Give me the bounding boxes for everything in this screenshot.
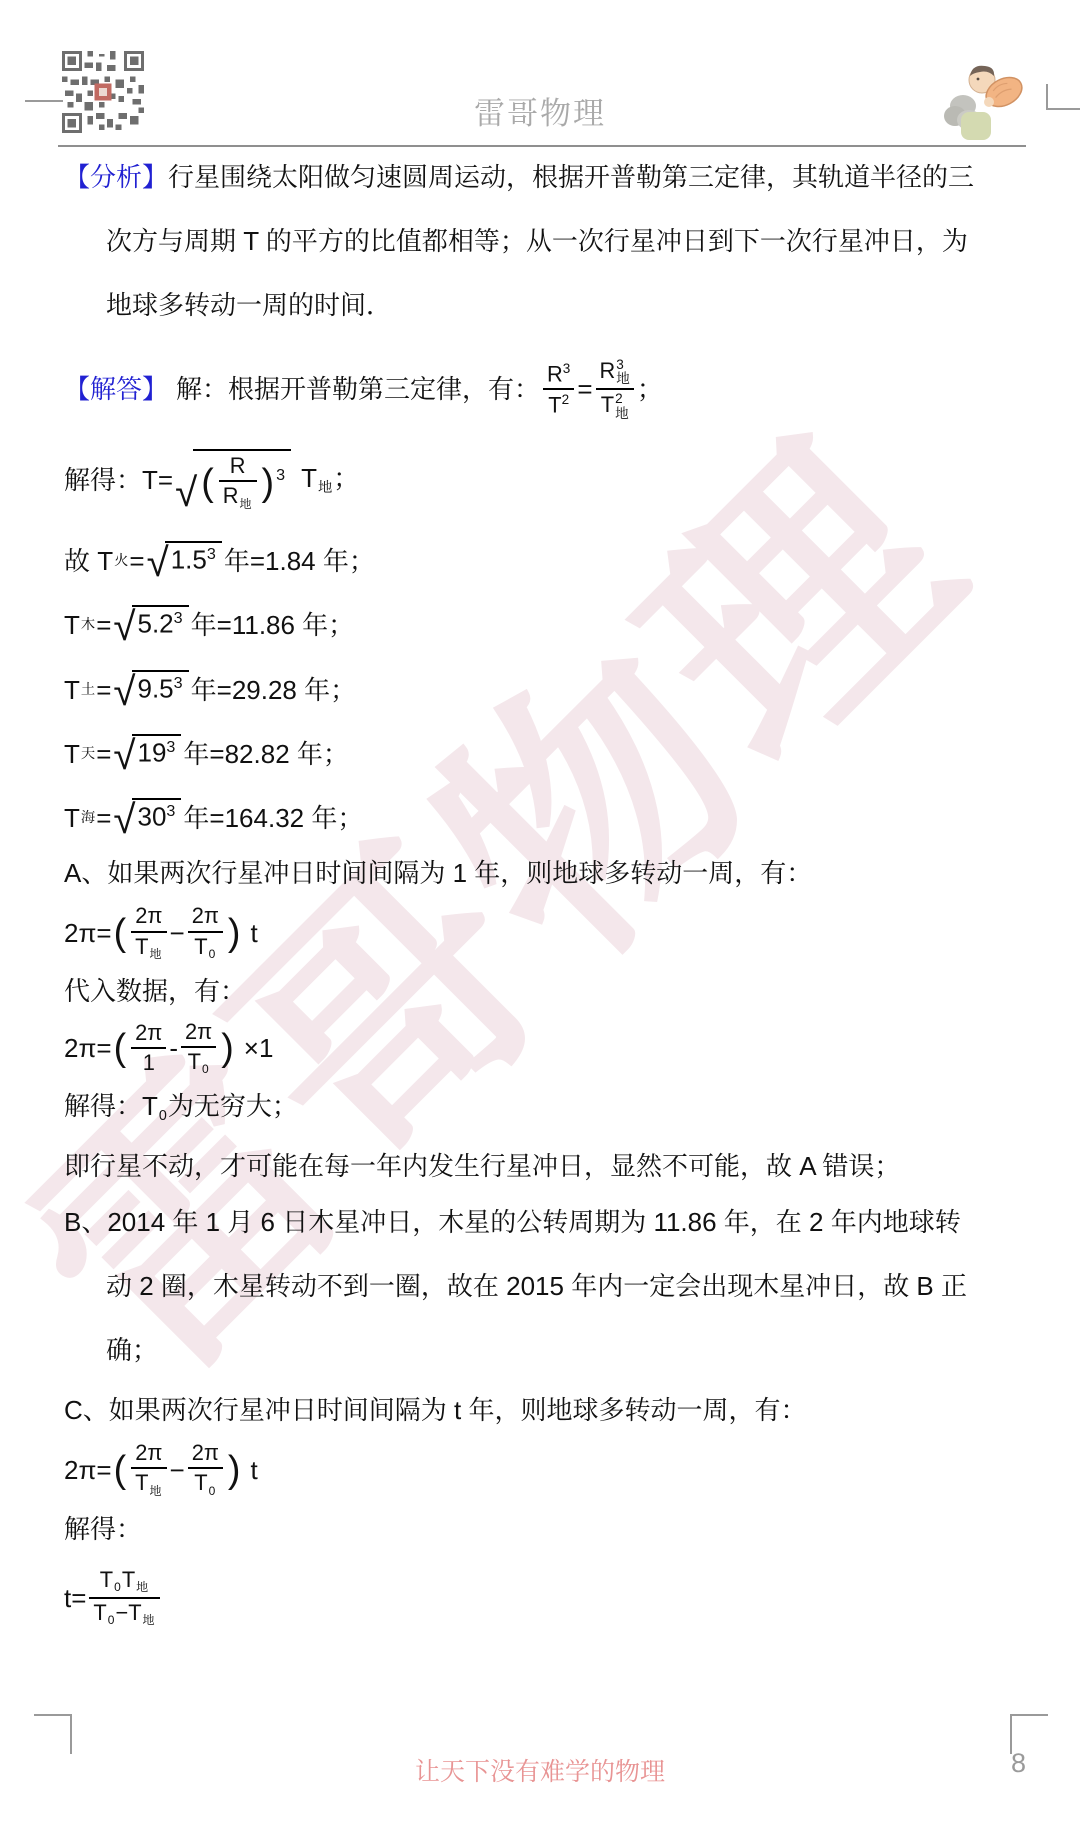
minus-sign: − bbox=[170, 920, 185, 946]
radical-sign: √ bbox=[147, 543, 169, 583]
planet-row-neptune: T海=√303年=164.32 年； bbox=[64, 798, 1020, 838]
analysis-line-1: 【分析】行星围绕太阳做匀速圆周运动，根据开普勒第三定律，其轨道半径的三 bbox=[64, 164, 1020, 190]
crop-mark-bottom-left bbox=[34, 1714, 72, 1754]
solve-t-line: 解得：T= √ (RR地)3 T地； bbox=[64, 449, 1020, 511]
option-a-formula-2: 2π= ( 2π1 - 2πT0 ) ×1 bbox=[64, 1020, 1020, 1077]
analysis-tag: 【分析】 bbox=[64, 162, 168, 192]
radical-sign: √ bbox=[175, 473, 197, 513]
mascot-illustration bbox=[925, 58, 1030, 140]
radical-sign: √ bbox=[113, 800, 135, 840]
solution-body: 【分析】行星围绕太阳做匀速圆周运动，根据开普勒第三定律，其轨道半径的三 次方与周… bbox=[64, 164, 1020, 1653]
page-title: 雷哥物理 bbox=[0, 88, 1080, 133]
radical-sign: √ bbox=[113, 672, 135, 712]
option-b-line-2: 动 2 圈，木星转动不到一圈，故在 2015 年内一定会出现木星冲日，故 B 正 bbox=[64, 1273, 1020, 1299]
semicolon: ； bbox=[637, 376, 663, 402]
footer-slogan: 让天下没有难学的物理 bbox=[0, 1752, 1080, 1788]
option-c-formula: 2π= ( 2πT地 − 2πT0 ) t bbox=[64, 1441, 1020, 1498]
analysis-line-2: 次方与周期 T 的平方的比值都相等；从一次行星冲日到下一次行星冲日，为 bbox=[64, 228, 1020, 254]
planet-row-saturn: T土=√9.53年=29.28 年； bbox=[64, 670, 1020, 710]
crop-mark-top-left bbox=[25, 100, 63, 102]
radical-expression: √5.23 bbox=[113, 605, 188, 645]
planet-row-uranus: T天=√193年=82.82 年； bbox=[64, 734, 1020, 774]
header-divider bbox=[58, 145, 1026, 147]
answer-tag: 【解答】 bbox=[64, 376, 168, 402]
radical-expression: √193 bbox=[113, 734, 181, 774]
option-c-line: C、如果两次行星冲日时间间隔为 t 年，则地球多转动一周，有： bbox=[64, 1397, 1020, 1423]
option-a-conclusion: 即行星不动，才可能在每一年内发生行星冲日，显然不可能，故 A 错误； bbox=[64, 1153, 1020, 1179]
equals-sign: = bbox=[577, 376, 592, 402]
minus-sign: - bbox=[169, 1035, 178, 1061]
minus-sign: − bbox=[170, 1457, 185, 1483]
option-a-formula: 2π= ( 2πT地 − 2πT0 ) t bbox=[64, 904, 1020, 961]
fraction-r3earth-t2earth: R3地 T2地 bbox=[596, 358, 634, 421]
analysis-text-1: 行星围绕太阳做匀速圆周运动，根据开普勒第三定律，其轨道半径的三 bbox=[168, 162, 974, 192]
substitute-line: 代入数据，有： bbox=[64, 978, 1020, 1004]
fraction-r3-t2: R3 T2 bbox=[543, 361, 574, 418]
planet-row-mars: 故 T火=√1.53年=1.84 年； bbox=[64, 541, 1020, 581]
option-b-line-3: 确； bbox=[64, 1337, 1020, 1363]
solve-t-label: 解得：T= bbox=[64, 467, 173, 493]
document-page: 雷哥物理 雷哥物理 bbox=[0, 0, 1080, 1827]
crop-mark-top-right bbox=[1046, 84, 1080, 110]
radical-expression: √1.53 bbox=[147, 541, 222, 581]
option-b-line-1: B、2014 年 1 月 6 日木星冲日，木星的公转周期为 11.86 年，在 … bbox=[64, 1209, 1020, 1235]
t-result-formula: t= T0T地 T0−T地 bbox=[64, 1568, 1020, 1627]
fraction-t-result: T0T地 T0−T地 bbox=[89, 1568, 159, 1627]
radical-sign: √ bbox=[113, 607, 135, 647]
radical-expression: √ (RR地)3 bbox=[175, 449, 291, 511]
planet-row-jupiter: T木=√5.23年=11.86 年； bbox=[64, 605, 1020, 645]
analysis-line-3: 地球多转动一周的时间． bbox=[64, 292, 1020, 318]
radical-expression: √9.53 bbox=[113, 670, 188, 710]
solve-a-line: 解得：T0为无穷大； bbox=[64, 1093, 1020, 1123]
answer-intro-line: 【解答】 解：根据开普勒第三定律，有： R3 T2 = R3地 T2地 ； bbox=[64, 358, 1020, 421]
answer-intro-text: 解：根据开普勒第三定律，有： bbox=[176, 376, 540, 402]
solve-c-label: 解得： bbox=[64, 1516, 1020, 1542]
radical-expression: √303 bbox=[113, 798, 181, 838]
page-number: 8 bbox=[1011, 1748, 1026, 1779]
radical-sign: √ bbox=[113, 736, 135, 776]
option-a-line: A、如果两次行星冲日时间间隔为 1 年，则地球多转动一周，有： bbox=[64, 860, 1020, 886]
t-earth: T地； bbox=[301, 465, 359, 495]
